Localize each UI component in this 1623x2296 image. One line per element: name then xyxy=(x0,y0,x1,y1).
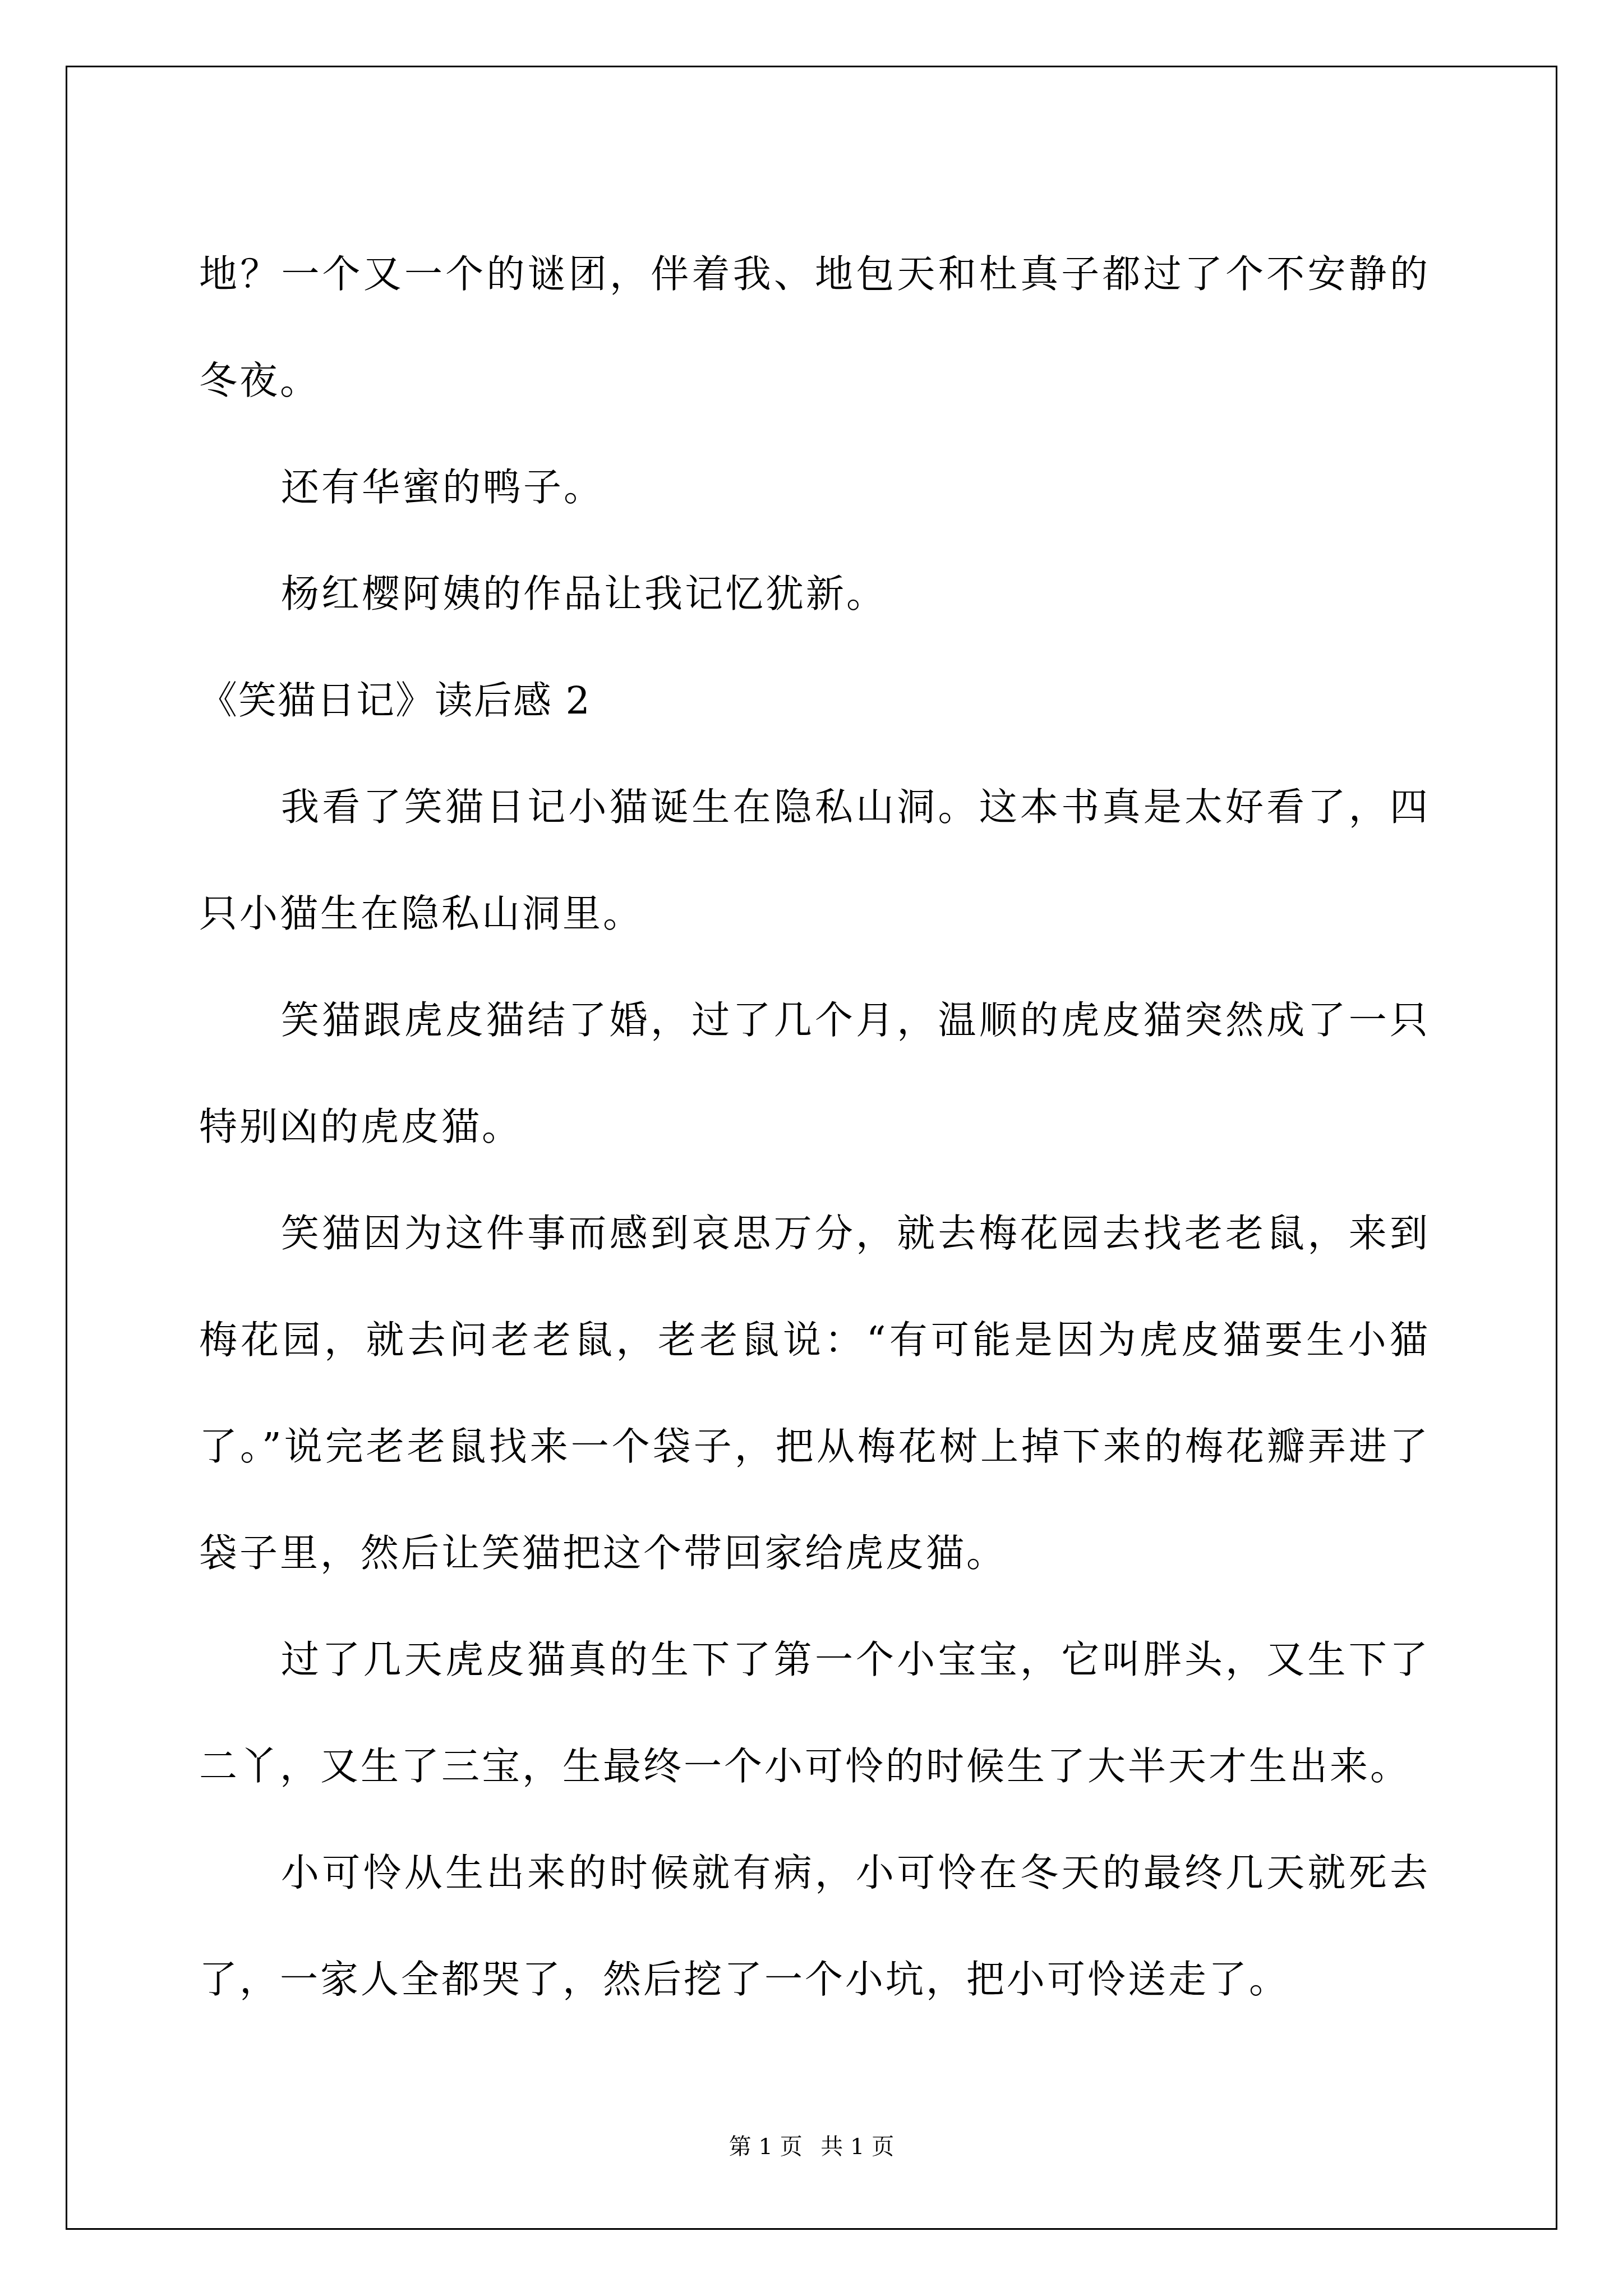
total-pages-label: 共 1 页 xyxy=(820,2134,894,2160)
paragraph: 过了几天虎皮猫真的生下了第一个小宝宝，它叫胖头，又生下了二丫，又生了三宝，生最终… xyxy=(199,1607,1430,1820)
section-heading: 《笑猫日记》读后感 2 xyxy=(199,648,1430,754)
paragraph: 我看了笑猫日记小猫诞生在隐私山洞。这本书真是太好看了，四只小猫生在隐私山洞里。 xyxy=(199,754,1430,968)
current-page-label: 第 1 页 xyxy=(729,2134,803,2160)
page-footer: 第 1 页 共 1 页 xyxy=(0,2129,1623,2161)
paragraph: 笑猫跟虎皮猫结了婚，过了几个月，温顺的虎皮猫突然成了一只特别凶的虎皮猫。 xyxy=(199,968,1430,1181)
paragraph: 笑猫因为这件事而感到哀思万分，就去梅花园去找老老鼠，来到梅花园，就去问老老鼠，老… xyxy=(199,1181,1430,1607)
document-body: 地？一个又一个的谜团，伴着我、地包天和杜真子都过了个不安静的冬夜。 还有华蜜的鸭… xyxy=(199,222,1430,2033)
paragraph: 杨红樱阿姨的作品让我记忆犹新。 xyxy=(199,541,1430,648)
paragraph: 小可怜从生出来的时候就有病，小可怜在冬天的最终几天就死去了，一家人全都哭了，然后… xyxy=(199,1820,1430,2033)
paragraph-continuation: 地？一个又一个的谜团，伴着我、地包天和杜真子都过了个不安静的冬夜。 xyxy=(199,222,1430,435)
paragraph: 还有华蜜的鸭子。 xyxy=(199,435,1430,541)
